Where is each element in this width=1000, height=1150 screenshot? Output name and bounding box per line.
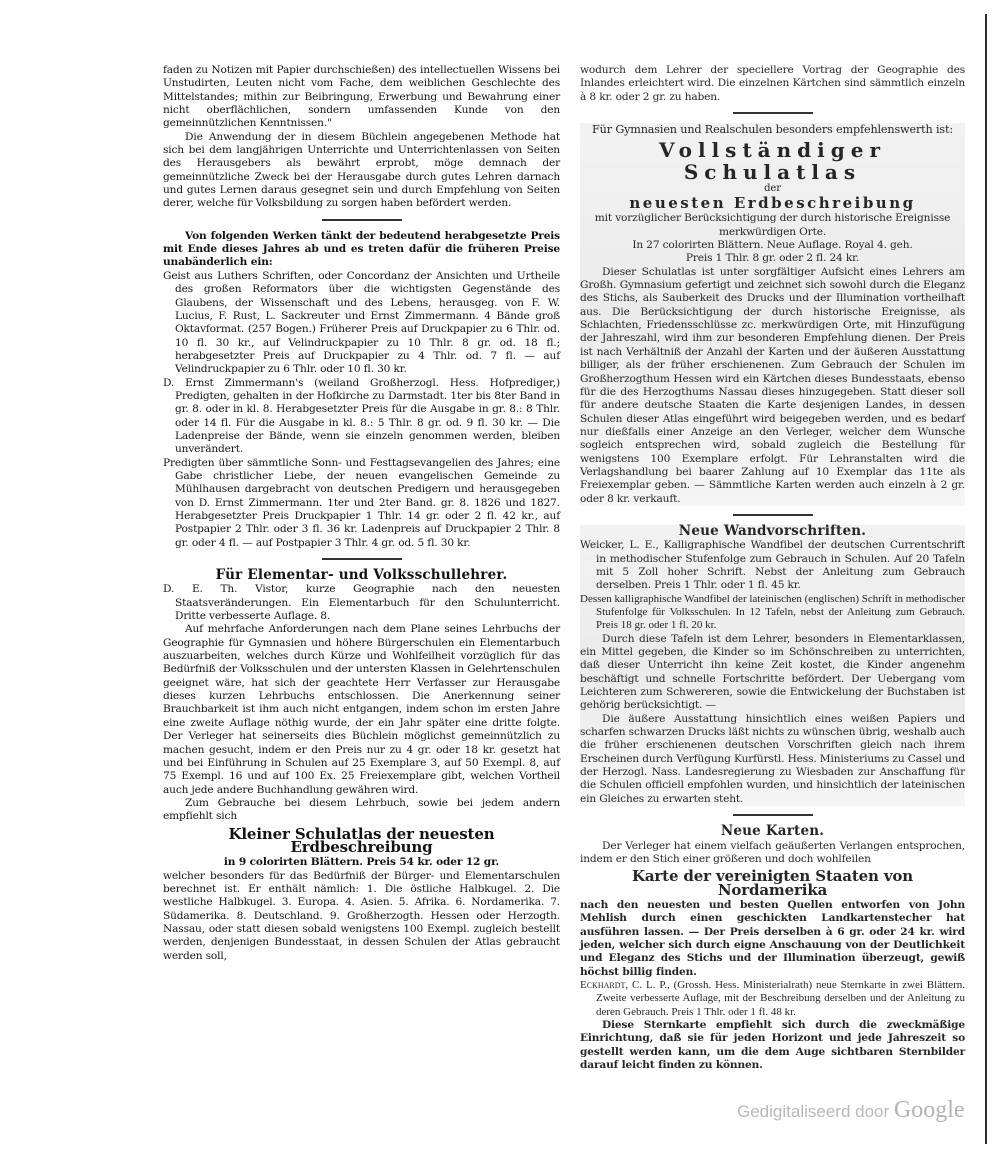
book-entry: Dessen kalligraphische Wandfibel der lat… — [580, 593, 965, 633]
book-entry: D. Ernst Zimmermann's (weiland Großherzo… — [163, 377, 560, 457]
ad-title-der: der — [580, 183, 965, 194]
book-entry: D. E. Th. Vistor, kurze Geographie nach … — [163, 583, 560, 623]
paragraph: nach den neuesten und besten Quellen ent… — [580, 899, 965, 979]
atlas-subtitle: in 9 colorirten Blättern. Preis 54 kr. o… — [163, 856, 560, 869]
section-heading: Für Elementar- und Volksschullehrer. — [163, 569, 560, 582]
paragraph: Der Verleger hat einem vielfach geäußert… — [580, 840, 965, 867]
section-heading: Neue Wandvorschriften. — [580, 525, 965, 538]
paragraph: welcher besonders für das Bedürfniß der … — [163, 870, 560, 963]
paragraph: Durch diese Tafeln ist dem Lehrer, beson… — [580, 633, 965, 713]
paragraph: Diese Sternkarte empfiehlt sich durch di… — [580, 1019, 965, 1072]
book-entry: Eckhardt, C. L. P., (Grossh. Hess. Minis… — [580, 979, 965, 1019]
left-column: faden zu Notizen mit Papier durchschieße… — [163, 64, 560, 963]
google-logo: Google — [894, 1097, 965, 1123]
divider — [733, 514, 813, 516]
paragraph: Dieser Schulatlas ist unter sorgfältiger… — [580, 266, 965, 506]
atlas-ad: Für Gymnasien und Realschulen besonders … — [580, 123, 965, 506]
entry-text: , C. L. P., (Grossh. Hess. Ministerialra… — [596, 979, 965, 1018]
paragraph: Die Anwendung der in diesem Büchlein ang… — [163, 131, 560, 211]
ad-title: Vollständiger Schulatlas — [580, 139, 965, 183]
atlas-title: Kleiner Schulatlas der neuesten Erdbesch… — [163, 828, 560, 855]
divider — [733, 112, 813, 114]
book-entry: Geist aus Luthers Schriften, oder Concor… — [163, 270, 560, 377]
price-notice: Von folgenden Werken tänkt der bedeutend… — [163, 230, 560, 270]
section-heading: Neue Karten. — [580, 825, 965, 838]
map-title: Karte der vereinigten Staaten von Nordam… — [580, 870, 965, 897]
ad-subtitle: mit vorzüglicher Berücksichtigung der du… — [580, 212, 965, 239]
wand-section: Neue Wandvorschriften. Weicker, L. E., K… — [580, 525, 965, 806]
paragraph: Zum Gebrauche bei diesem Lehrbuch, sowie… — [163, 797, 560, 824]
ad-title-sub: neuesten Erdbeschreibung — [580, 194, 965, 212]
watermark-text: Gedigitaliseerd door — [737, 1102, 889, 1121]
divider — [322, 219, 402, 221]
paragraph: wodurch dem Lehrer der speciellere Vortr… — [580, 64, 965, 104]
author-name: Eckhardt — [580, 979, 625, 991]
paragraph: Die äußere Ausstattung hinsichtlich eine… — [580, 713, 965, 806]
paragraph: faden zu Notizen mit Papier durchschieße… — [163, 64, 560, 131]
book-entry: Predigten über sämmtliche Sonn- und Fest… — [163, 457, 560, 550]
paragraph: Auf mehrfache Anforderungen nach dem Pla… — [163, 623, 560, 796]
right-column: wodurch dem Lehrer der speciellere Vortr… — [580, 64, 965, 1072]
digitization-watermark: Gedigitaliseerd door Google — [737, 1097, 965, 1124]
page-edge-line — [985, 14, 987, 1144]
ad-lead: Für Gymnasien und Realschulen besonders … — [580, 123, 965, 136]
book-entry: Weicker, L. E., Kalligraphische Wandfibe… — [580, 539, 965, 592]
divider — [733, 814, 813, 816]
ad-edition: In 27 colorirten Blättern. Neue Auflage.… — [580, 239, 965, 252]
ad-price: Preis 1 Thlr. 8 gr. oder 2 fl. 24 kr. — [580, 252, 965, 265]
divider — [322, 558, 402, 560]
